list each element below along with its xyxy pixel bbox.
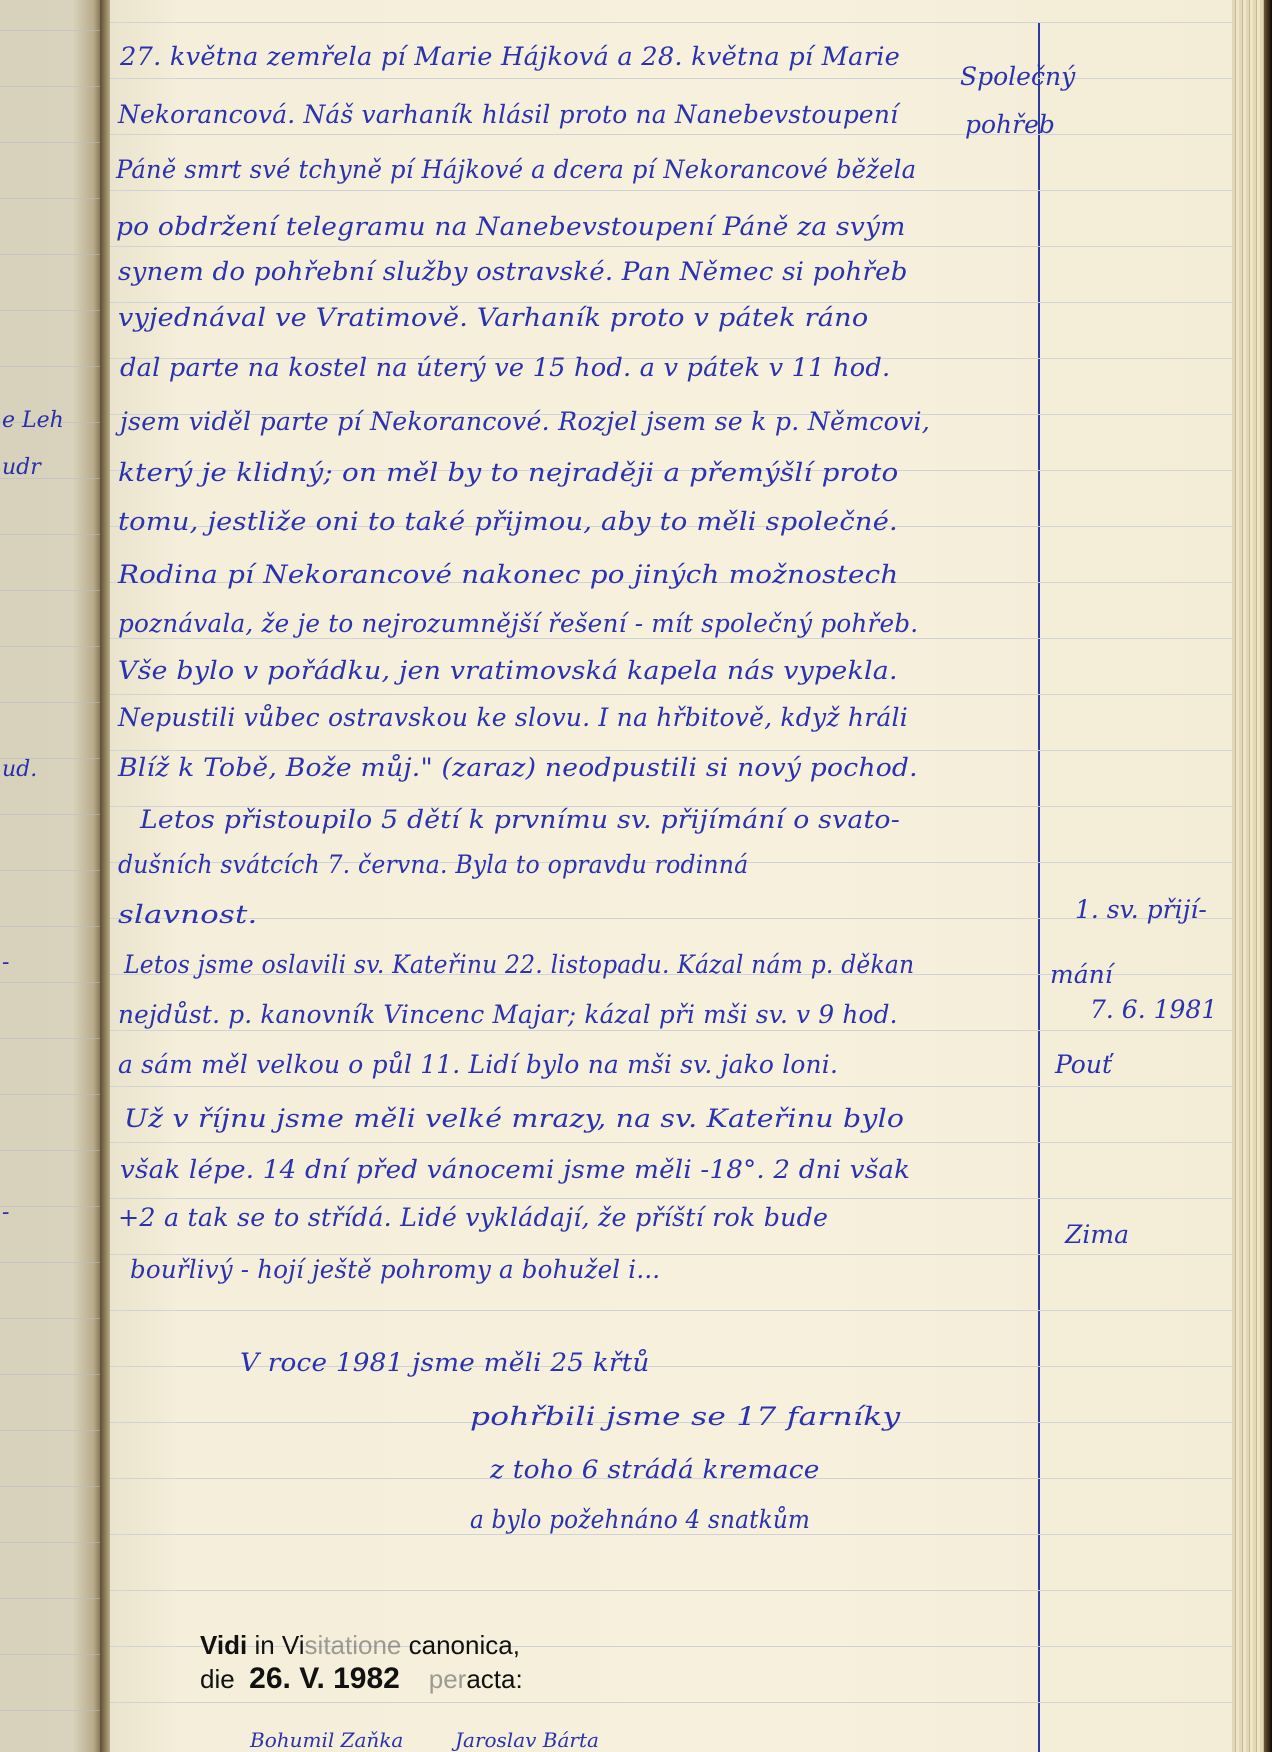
ruled-line: [0, 1318, 104, 1319]
left-page-fragment: e Lehudrud.--: [0, 0, 104, 1752]
stamp-line-2: die 26. V. 1982 peracta:: [200, 1662, 523, 1696]
handwritten-line: jsem viděl parte pí Nekorancové. Rozjel …: [120, 407, 930, 436]
ruled-line: [0, 142, 104, 143]
handwritten-line: Letos přistoupilo 5 dětí k prvnímu sv. p…: [140, 805, 900, 834]
signature: Bohumil Zaňka: [250, 1728, 403, 1752]
ruled-line: [110, 1086, 1240, 1087]
left-page-text-fragment: -: [2, 1200, 9, 1225]
ruled-line: [0, 534, 104, 535]
stamp-date: 26. V. 1982: [249, 1662, 400, 1695]
stamp-vidi: Vidi: [200, 1630, 247, 1660]
ruled-line: [0, 1542, 104, 1543]
handwritten-line: pohřbili jsme se 17 farníky: [470, 1402, 900, 1431]
ruled-line: [110, 694, 1240, 695]
handwritten-line: poznávala, že je to nejrozumnější řešení…: [118, 609, 918, 638]
left-page-text-fragment: ud.: [2, 757, 37, 782]
left-page-text-fragment: -: [2, 950, 9, 975]
ruled-line: [110, 1534, 1240, 1535]
ruled-line: [0, 590, 104, 591]
ruled-line: [110, 22, 1240, 23]
handwritten-line: Nekorancová. Náš varhaník hlásil proto n…: [118, 100, 898, 129]
ruled-line: [0, 814, 104, 815]
margin-note: mání: [1050, 960, 1113, 989]
handwritten-line: a bylo požehnáno 4 snatkům: [470, 1505, 810, 1534]
ruled-line: [0, 366, 104, 367]
ruled-line: [0, 1486, 104, 1487]
stamp-die: die: [200, 1664, 235, 1694]
ruled-line: [110, 190, 1240, 191]
ruled-line: [0, 86, 104, 87]
margin-note: 1. sv. přijí-: [1075, 895, 1207, 924]
stamp-in-vi: in Vi: [254, 1630, 304, 1660]
ruled-line: [110, 638, 1240, 639]
margin-note: 7. 6. 1981: [1090, 995, 1217, 1024]
ruled-line: [110, 1198, 1240, 1199]
ruled-line: [0, 30, 104, 31]
stamp-peracta-faded: per: [429, 1664, 467, 1694]
ruled-line: [0, 702, 104, 703]
handwritten-line: Už v říjnu jsme měli velké mrazy, na sv.…: [124, 1104, 904, 1133]
ruled-line: [0, 646, 104, 647]
handwritten-line: V roce 1981 jsme měli 25 křtů: [240, 1348, 650, 1377]
handwritten-line: Páně smrt své tchyně pí Hájkové a dcera …: [116, 155, 916, 184]
page-edge-stack: [1232, 0, 1272, 1752]
stamp-sitatione: sitatione: [305, 1630, 402, 1660]
ruled-line: [0, 1038, 104, 1039]
handwritten-line: vyjednával ve Vratimově. Varhaník proto …: [118, 303, 868, 332]
handwritten-line: tomu, jestliže oni to také přijmou, aby …: [118, 507, 898, 536]
ruled-line: [0, 1094, 104, 1095]
handwritten-line: +2 a tak se to střídá. Lidé vykládají, ž…: [118, 1203, 828, 1232]
margin-note: Zima: [1065, 1220, 1129, 1249]
ruled-line: [0, 1430, 104, 1431]
ruled-line: [110, 134, 1240, 135]
visitation-stamp: Vidi in Visitatione canonica, die 26. V.…: [200, 1628, 523, 1696]
ruled-line: [0, 1710, 104, 1711]
handwritten-line: z toho 6 strádá kremace: [490, 1455, 820, 1484]
ruled-line: [110, 1310, 1240, 1311]
left-page-text-fragment: e Leh: [2, 408, 64, 433]
signature: Jaroslav Bárta: [455, 1728, 599, 1752]
handwritten-line: bouřlivý - hojí ještě pohromy a bohužel …: [130, 1255, 660, 1284]
ruled-line: [110, 1142, 1240, 1143]
handwritten-line: Blíž k Tobě, Bože můj." (zaraz) neodpust…: [118, 753, 918, 782]
ruled-line: [110, 1702, 1240, 1703]
ruled-line: [0, 1262, 104, 1263]
ruled-line: [0, 1150, 104, 1151]
handwritten-line: dal parte na kostel na úterý ve 15 hod. …: [120, 353, 890, 382]
handwritten-line: dušních svátcích 7. června. Byla to opra…: [118, 850, 748, 879]
ruled-line: [0, 198, 104, 199]
ruled-line: [0, 926, 104, 927]
handwritten-line: který je klidný; on měl by to nejraději …: [118, 458, 898, 487]
handwritten-line: Vše bylo v pořádku, jen vratimovská kape…: [118, 656, 898, 685]
ruled-line: [0, 254, 104, 255]
ruled-line: [0, 982, 104, 983]
ruled-line: [110, 750, 1240, 751]
handwritten-line: a sám měl velkou o půl 11. Lidí bylo na …: [118, 1050, 838, 1079]
ruled-line: [0, 1654, 104, 1655]
ruled-line: [0, 1374, 104, 1375]
left-page-text-fragment: udr: [2, 455, 41, 480]
ruled-line: [110, 1590, 1240, 1591]
stamp-peracta: acta:: [466, 1664, 522, 1694]
stamp-line-1: Vidi in Visitatione canonica,: [200, 1628, 523, 1662]
margin-note: Společný: [960, 62, 1075, 91]
handwritten-line: synem do pohřební služby ostravské. Pan …: [118, 257, 908, 286]
handwritten-line: 27. května zemřela pí Marie Hájková a 28…: [120, 42, 900, 71]
handwritten-line: slavnost.: [118, 900, 258, 929]
handwritten-line: Rodina pí Nekorancové nakonec po jiných …: [118, 560, 899, 589]
handwritten-line: však lépe. 14 dní před vánocemi jsme měl…: [120, 1155, 910, 1184]
ruled-line: [110, 918, 1240, 919]
ruled-line: [0, 310, 104, 311]
stamp-canonica: canonica,: [409, 1630, 520, 1660]
margin-note: Pouť: [1055, 1050, 1112, 1079]
ruled-line: [110, 1030, 1240, 1031]
handwritten-line: po obdržení telegramu na Nanebevstoupení…: [116, 212, 906, 241]
handwritten-line: Nepustili vůbec ostravskou ke slovu. I n…: [118, 703, 908, 732]
ruled-line: [110, 246, 1240, 247]
margin-rule-line: [1038, 22, 1040, 1752]
margin-note: pohřeb: [965, 110, 1055, 139]
ruled-line: [0, 1598, 104, 1599]
handwritten-line: Letos jsme oslavili sv. Kateřinu 22. lis…: [124, 950, 914, 979]
ruled-line: [0, 870, 104, 871]
handwritten-line: nejdůst. p. kanovník Vincenc Majar; káza…: [118, 1000, 898, 1029]
ruled-line: [0, 1206, 104, 1207]
